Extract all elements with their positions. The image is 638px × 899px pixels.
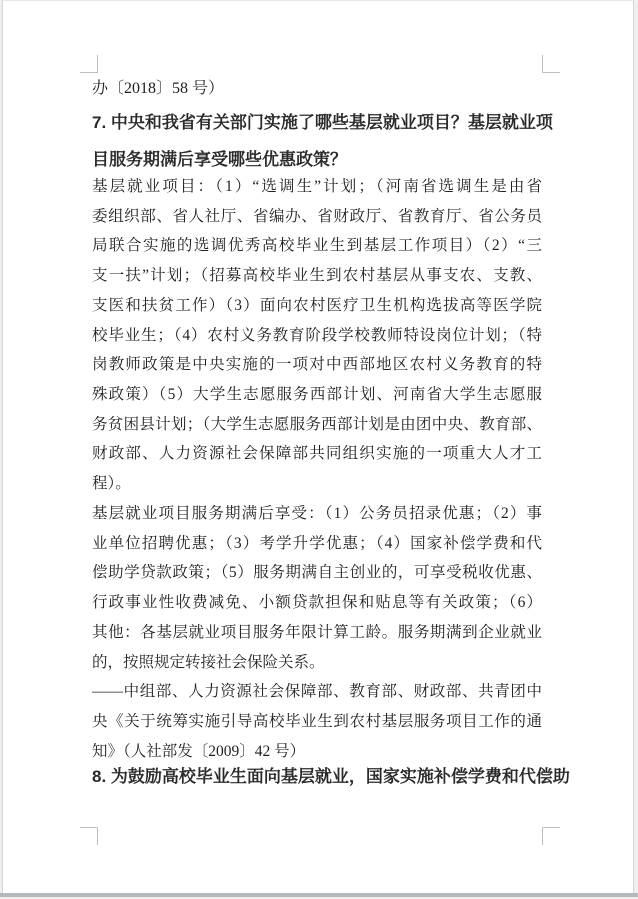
margin-crop-mark-top-right: [542, 55, 560, 73]
text-line: 局联合实施的选调优秀高校毕业生到基层工作项目）（2）“三: [92, 231, 542, 261]
text-line: 基层就业项目：（1）“选调生”计划；（河南省选调生是由省: [92, 172, 542, 202]
text-line: 偿助学贷款政策；（5）服务期满自主创业的，可享受税收优惠、: [92, 558, 542, 588]
text-line: 支一扶”计划；（招募高校毕业生到农村基层从事支农、支教、: [92, 261, 542, 291]
question-7-body: 基层就业项目：（1）“选调生”计划；（河南省选调生是由省委组织部、省人社厅、省编…: [92, 172, 542, 766]
margin-crop-mark-top-left: [80, 55, 98, 73]
question-8-heading: 8. 为鼓励高校毕业生面向基层就业，国家实施补偿学费和代偿助: [92, 758, 542, 795]
paragraph-service-benefits: 基层就业项目服务期满后享受：（1）公务员招录优惠；（2）事业单位招聘优惠；（3）…: [92, 499, 542, 677]
text-line: 岗教师政策是中央实施的一项对中西部地区农村义务教育的特: [92, 350, 542, 380]
text-line: 办〔2018〕58 号）: [92, 74, 542, 104]
text-line: 行政事业性收费减免、小额贷款担保和贴息等有关政策；（6）: [92, 588, 542, 618]
text-line: 业单位招聘优惠；（3）考学升学优惠；（4）国家补偿学费和代: [92, 529, 542, 559]
text-line: 其他：各基层就业项目服务年限计算工龄。服务期满到企业就业: [92, 618, 542, 648]
text-line: 财政部、人力资源社会保障部共同组织实施的一项重大人才工: [92, 439, 542, 469]
question-7-heading: 7. 中央和我省有关部门实施了哪些基层就业项目？基层就业项目服务期满后享受哪些优…: [92, 104, 542, 178]
paragraph-citation: ——中组部、人力资源社会保障部、教育部、财政部、共青团中央《关于统筹实施引导高校…: [92, 677, 542, 766]
paragraph-grassroots-projects: 基层就业项目：（1）“选调生”计划；（河南省选调生是由省委组织部、省人社厅、省编…: [92, 172, 542, 499]
text-line: 务贫困县计划；（大学生志愿服务西部计划是由团中央、教育部、: [92, 410, 542, 440]
text-line: 支医和扶贫工作）（3）面向农村医疗卫生机构选拔高等医学院: [92, 291, 542, 321]
text-line: 7. 中央和我省有关部门实施了哪些基层就业项目？基层就业项: [92, 104, 542, 141]
text-line: 的，按照规定转接社会保险关系。: [92, 648, 542, 678]
margin-crop-mark-bottom-right: [542, 827, 560, 845]
text-line: 基层就业项目服务期满后享受：（1）公务员招录优惠；（2）事: [92, 499, 542, 529]
text-line: 央《关于统筹实施引导高校毕业生到农村基层服务项目工作的通: [92, 707, 542, 737]
margin-crop-mark-bottom-left: [80, 827, 98, 845]
text-line: 8. 为鼓励高校毕业生面向基层就业，国家实施补偿学费和代偿助: [92, 758, 542, 795]
previous-paragraph-tail: 办〔2018〕58 号）: [92, 74, 542, 104]
page-bottom-edge: [0, 893, 638, 897]
text-line: ——中组部、人力资源社会保障部、教育部、财政部、共青团中: [92, 677, 542, 707]
text-line: 程）。: [92, 469, 542, 499]
text-line: 殊政策）（5）大学生志愿服务西部计划、河南省大学生志愿服: [92, 380, 542, 410]
text-line: 委组织部、省人社厅、省编办、省财政厅、省教育厅、省公务员: [92, 202, 542, 232]
document-page: 办〔2018〕58 号） 7. 中央和我省有关部门实施了哪些基层就业项目？基层就…: [2, 0, 634, 893]
document-view: { "document": { "previous_paragraph_tail…: [0, 0, 638, 899]
text-line: 校毕业生；（4）农村义务教育阶段学校教师特设岗位计划；（特: [92, 321, 542, 351]
